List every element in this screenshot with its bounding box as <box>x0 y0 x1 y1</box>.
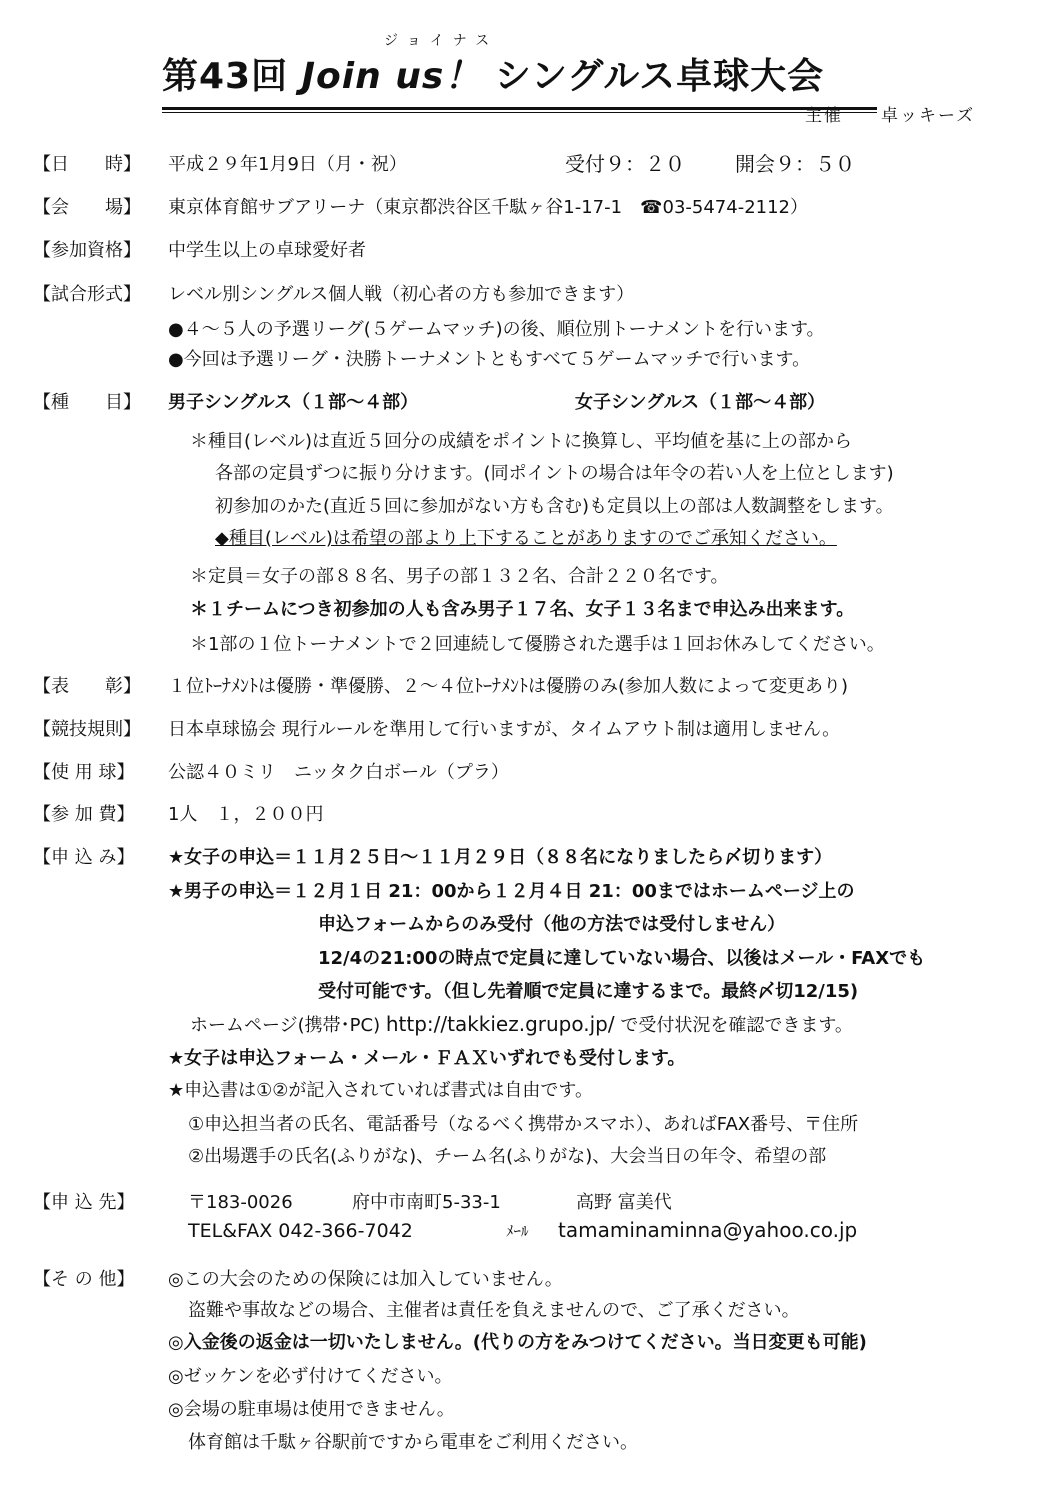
men-application: ★男子の申込＝１２月１日 21：00から１２月４日 21：00まではホームページ… <box>168 877 855 903</box>
label-events: 【種 目】 <box>33 388 141 414</box>
events-note: ＊定員＝女子の部８８名、男子の部１３２名、合計２２０名です。 <box>190 562 729 588</box>
label-eligibility: 【参加資格】 <box>33 236 141 262</box>
label-awards: 【表 彰】 <box>33 672 141 698</box>
contact-name: 高野 富美代 <box>576 1188 672 1214</box>
women-methods: ★女子は申込フォーム・メール・ＦＡＸいずれでも受付します。 <box>168 1044 685 1070</box>
label-format: 【試合形式】 <box>33 280 141 306</box>
title-ruby: ジョイナス <box>384 30 498 50</box>
label-contact: 【申 込 先】 <box>33 1188 134 1214</box>
title-prefix: 第43回 <box>162 56 288 97</box>
other-item-refund: ◎入金後の返金は一切いたしません。(代りの方をみつけてください。当日変更も可能) <box>168 1328 867 1354</box>
men-application-cont: 12/4の21:00の時点で定員に達していない場合、以後はメール・FAXでも <box>318 944 925 970</box>
rules-text: 日本卓球協会 現行ルールを準用して行いますが、タイムアウト制は適用しません。 <box>168 715 840 741</box>
title-suffix: シングルス卓球大会 <box>495 56 824 97</box>
format-text: レベル別シングルス個人戦（初心者の方も参加できます） <box>168 280 634 306</box>
organizer: 主催 卓ッキーズ <box>805 101 975 126</box>
contact-postal: 〒183-0026 <box>188 1188 293 1214</box>
format-bullet: ●４～５人の予選リーグ(５ゲームマッチ)の後、順位別トーナメントを行います。 <box>168 315 825 341</box>
label-application: 【申 込 み】 <box>33 843 134 869</box>
label-other: 【そ の 他】 <box>33 1265 134 1291</box>
homepage-note: で受付状況を確認できます。 <box>620 1015 853 1036</box>
homepage-line: ホームページ(携帯･PC) http://takkiez.grupo.jp/ で… <box>190 1011 853 1037</box>
events-note: 各部の定員ずつに振り分けます。(同ポイントの場合は年令の若い人を上位とします) <box>215 459 894 485</box>
events-note-warning: ◆種目(レベル)は希望の部より上下することがありますのでご承知ください。 <box>215 524 837 550</box>
men-application-cont: 受付可能です。（但し先着順で定員に達するまで。最終〆切12/15) <box>318 977 858 1003</box>
reception-time: 受付９：２０ <box>565 148 685 177</box>
contact-address: 府中市南町5-33-1 <box>352 1188 501 1214</box>
event-date: 平成２９年1月9日（月・祝） <box>168 150 407 176</box>
label-venue: 【会 場】 <box>33 193 141 219</box>
awards-text: １位ﾄｰﾅﾒﾝﾄは優勝・準優勝、２～４位ﾄｰﾅﾒﾝﾄは優勝のみ(参加人数によって… <box>168 672 848 698</box>
other-item: ◎この大会のための保険には加入していません。 <box>168 1265 563 1291</box>
contact-email[interactable]: tamaminaminna@yahoo.co.jp <box>558 1218 857 1242</box>
women-application: ★女子の申込＝１１月２５日～１１月２９日（８８名になりましたら〆切ります） <box>168 843 832 869</box>
form-item-1: ①申込担当者の氏名、電話番号（なるべく携帯かスマホ）、あればFAX番号、〒住所 <box>188 1110 858 1136</box>
other-item-cont: 盗難や事故などの場合、主催者は責任を負えませんので、ご了承ください。 <box>188 1296 800 1322</box>
events-note: ＊1部の１位トーナメントで２回連続して優勝された選手は１回お休みしてください。 <box>190 630 885 656</box>
title-underline <box>162 107 877 113</box>
opening-time: 開会９：５０ <box>735 148 855 177</box>
label-fee: 【参 加 費】 <box>33 800 134 826</box>
men-singles: 男子シングルス（１部～４部） <box>168 388 418 414</box>
form-item-2: ②出場選手の氏名(ふりがな)、チーム名(ふりがな)、大会当日の年令、希望の部 <box>188 1142 826 1168</box>
fee-text: 1人 １，２００円 <box>168 800 323 826</box>
mail-label: ﾒｰﾙ <box>506 1220 529 1241</box>
label-datetime: 【日 時】 <box>33 150 141 176</box>
page-title: 第43回 Join us！ シングルス卓球大会 <box>162 48 824 99</box>
events-note: ＊種目(レベル)は直近５回分の成績をポイントに換算し、平均値を基に上の部から <box>190 427 852 453</box>
homepage-link[interactable]: http://takkiez.grupo.jp/ <box>386 1012 615 1036</box>
title-english: Join us！ <box>302 56 482 97</box>
men-application-cont: 申込フォームからのみ受付（他の方法では受付しません） <box>318 910 785 936</box>
events-note: 初参加のかた(直近５回に参加がない方も含む)も定員以上の部は人数調整をします。 <box>215 492 894 518</box>
ball-text: 公認４０ミリ ニッタク白ボール（プラ） <box>168 758 509 784</box>
other-item-cont: 体育館は千駄ヶ谷駅前ですから電車をご利用ください。 <box>188 1428 638 1454</box>
label-ball: 【使 用 球】 <box>33 758 134 784</box>
other-item: ◎ゼッケンを必ず付けてください。 <box>168 1362 452 1388</box>
label-rules: 【競技規則】 <box>33 715 141 741</box>
contact-telfax: TEL&FAX 042-366-7042 <box>188 1220 413 1242</box>
format-bullet: ●今回は予選リーグ・決勝トーナメントともすべて５ゲームマッチで行います。 <box>168 345 810 371</box>
other-item: ◎会場の駐車場は使用できません。 <box>168 1395 455 1421</box>
homepage-label: ホームページ(携帯･PC) <box>190 1015 380 1036</box>
women-singles: 女子シングルス（１部～４部） <box>575 388 825 414</box>
eligibility-text: 中学生以上の卓球愛好者 <box>168 236 366 262</box>
events-note-team-limit: ＊１チームにつき初参加の人も含み男子１７名、女子１３名まで申込み出来ます。 <box>190 595 854 621</box>
venue-text: 東京体育館サブアリーナ（東京都渋谷区千駄ヶ谷1-17-1 ☎03-5474-21… <box>168 193 808 219</box>
form-note: ★申込書は①②が記入されていれば書式は自由です。 <box>168 1076 593 1102</box>
